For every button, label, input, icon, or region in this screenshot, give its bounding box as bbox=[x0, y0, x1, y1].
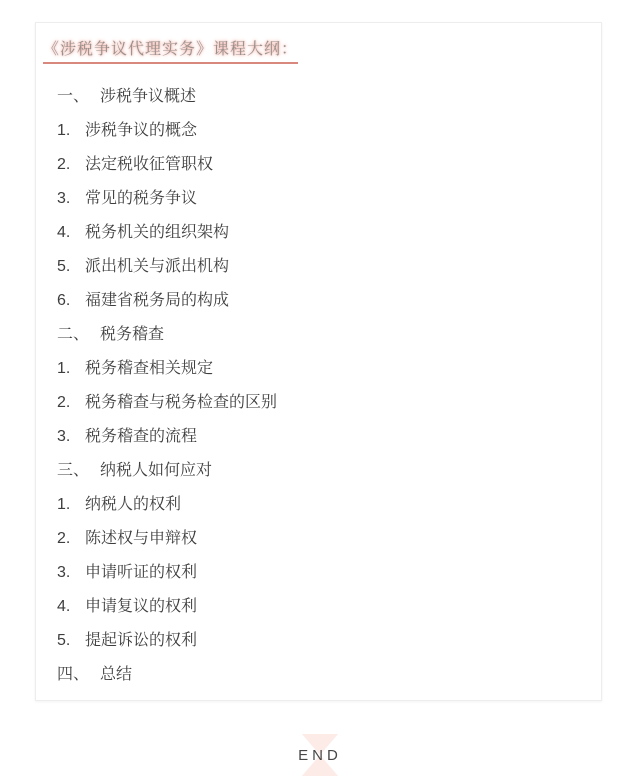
outline-item: 1.纳税人的权利 bbox=[57, 488, 581, 522]
outline-item-prefix: 4. bbox=[57, 216, 85, 250]
outline-item-prefix: 1. bbox=[57, 114, 85, 148]
outline-item-text: 税务稽查的流程 bbox=[85, 428, 197, 445]
outline-item-prefix: 四、 bbox=[57, 658, 100, 692]
outline-item-text: 福建省税务局的构成 bbox=[85, 292, 229, 309]
outline-list: 一、涉税争议概述1.涉税争议的概念2.法定税收征管职权3.常见的税务争议4.税务… bbox=[57, 80, 581, 692]
outline-item-text: 提起诉讼的权利 bbox=[85, 632, 197, 649]
outline-item: 3.申请听证的权利 bbox=[57, 556, 581, 590]
outline-item-prefix: 6. bbox=[57, 284, 85, 318]
end-label: END bbox=[298, 747, 342, 764]
outline-item-text: 陈述权与申辩权 bbox=[85, 530, 197, 547]
outline-item-prefix: 2. bbox=[57, 522, 85, 556]
outline-item-text: 总结 bbox=[100, 666, 132, 683]
end-marker: END bbox=[0, 734, 640, 776]
outline-item-prefix: 1. bbox=[57, 352, 85, 386]
article-page: 《涉税争议代理实务》课程大纲： 一、涉税争议概述1.涉税争议的概念2.法定税收征… bbox=[0, 0, 640, 778]
outline-item-text: 常见的税务争议 bbox=[85, 190, 197, 207]
outline-item: 2.税务稽查与税务检查的区别 bbox=[57, 386, 581, 420]
outline-item-text: 申请复议的权利 bbox=[85, 598, 197, 615]
outline-item: 2.陈述权与申辩权 bbox=[57, 522, 581, 556]
outline-item: 一、涉税争议概述 bbox=[57, 80, 581, 114]
outline-item-prefix: 3. bbox=[57, 182, 85, 216]
outline-item-text: 税务稽查相关规定 bbox=[85, 360, 213, 377]
outline-item-prefix: 三、 bbox=[57, 454, 100, 488]
outline-item: 四、总结 bbox=[57, 658, 581, 692]
outline-item-prefix: 3. bbox=[57, 556, 85, 590]
outline-item-prefix: 4. bbox=[57, 590, 85, 624]
outline-item-text: 涉税争议概述 bbox=[100, 88, 196, 105]
outline-item-prefix: 二、 bbox=[57, 318, 100, 352]
outline-item: 三、纳税人如何应对 bbox=[57, 454, 581, 488]
outline-item-text: 税务稽查与税务检查的区别 bbox=[85, 394, 277, 411]
outline-item: 5.提起诉讼的权利 bbox=[57, 624, 581, 658]
outline-item: 3.常见的税务争议 bbox=[57, 182, 581, 216]
outline-item-prefix: 一、 bbox=[57, 80, 100, 114]
outline-item-prefix: 2. bbox=[57, 148, 85, 182]
outline-item-text: 税务稽查 bbox=[100, 326, 164, 343]
outline-item-prefix: 5. bbox=[57, 624, 85, 658]
outline-item: 1.税务稽查相关规定 bbox=[57, 352, 581, 386]
outline-item-prefix: 5. bbox=[57, 250, 85, 284]
outline-item: 6.福建省税务局的构成 bbox=[57, 284, 581, 318]
outline-item: 3.税务稽查的流程 bbox=[57, 420, 581, 454]
outline-item-text: 纳税人如何应对 bbox=[100, 462, 212, 479]
outline-item-text: 法定税收征管职权 bbox=[85, 156, 213, 173]
outline-item: 4.税务机关的组织架构 bbox=[57, 216, 581, 250]
outline-item-text: 涉税争议的概念 bbox=[85, 122, 197, 139]
outline-item: 5.派出机关与派出机构 bbox=[57, 250, 581, 284]
outline-item-text: 申请听证的权利 bbox=[85, 564, 197, 581]
outline-item: 4.申请复议的权利 bbox=[57, 590, 581, 624]
outline-item-text: 纳税人的权利 bbox=[85, 496, 181, 513]
outline-item-prefix: 3. bbox=[57, 420, 85, 454]
outline-item: 1.涉税争议的概念 bbox=[57, 114, 581, 148]
course-outline-title: 《涉税争议代理实务》课程大纲： bbox=[43, 40, 298, 64]
outline-item: 二、税务稽查 bbox=[57, 318, 581, 352]
article-card: 《涉税争议代理实务》课程大纲： 一、涉税争议概述1.涉税争议的概念2.法定税收征… bbox=[35, 22, 602, 701]
outline-item-prefix: 1. bbox=[57, 488, 85, 522]
outline-item: 2.法定税收征管职权 bbox=[57, 148, 581, 182]
outline-item-text: 派出机关与派出机构 bbox=[85, 258, 229, 275]
outline-item-text: 税务机关的组织架构 bbox=[85, 224, 229, 241]
outline-item-prefix: 2. bbox=[57, 386, 85, 420]
